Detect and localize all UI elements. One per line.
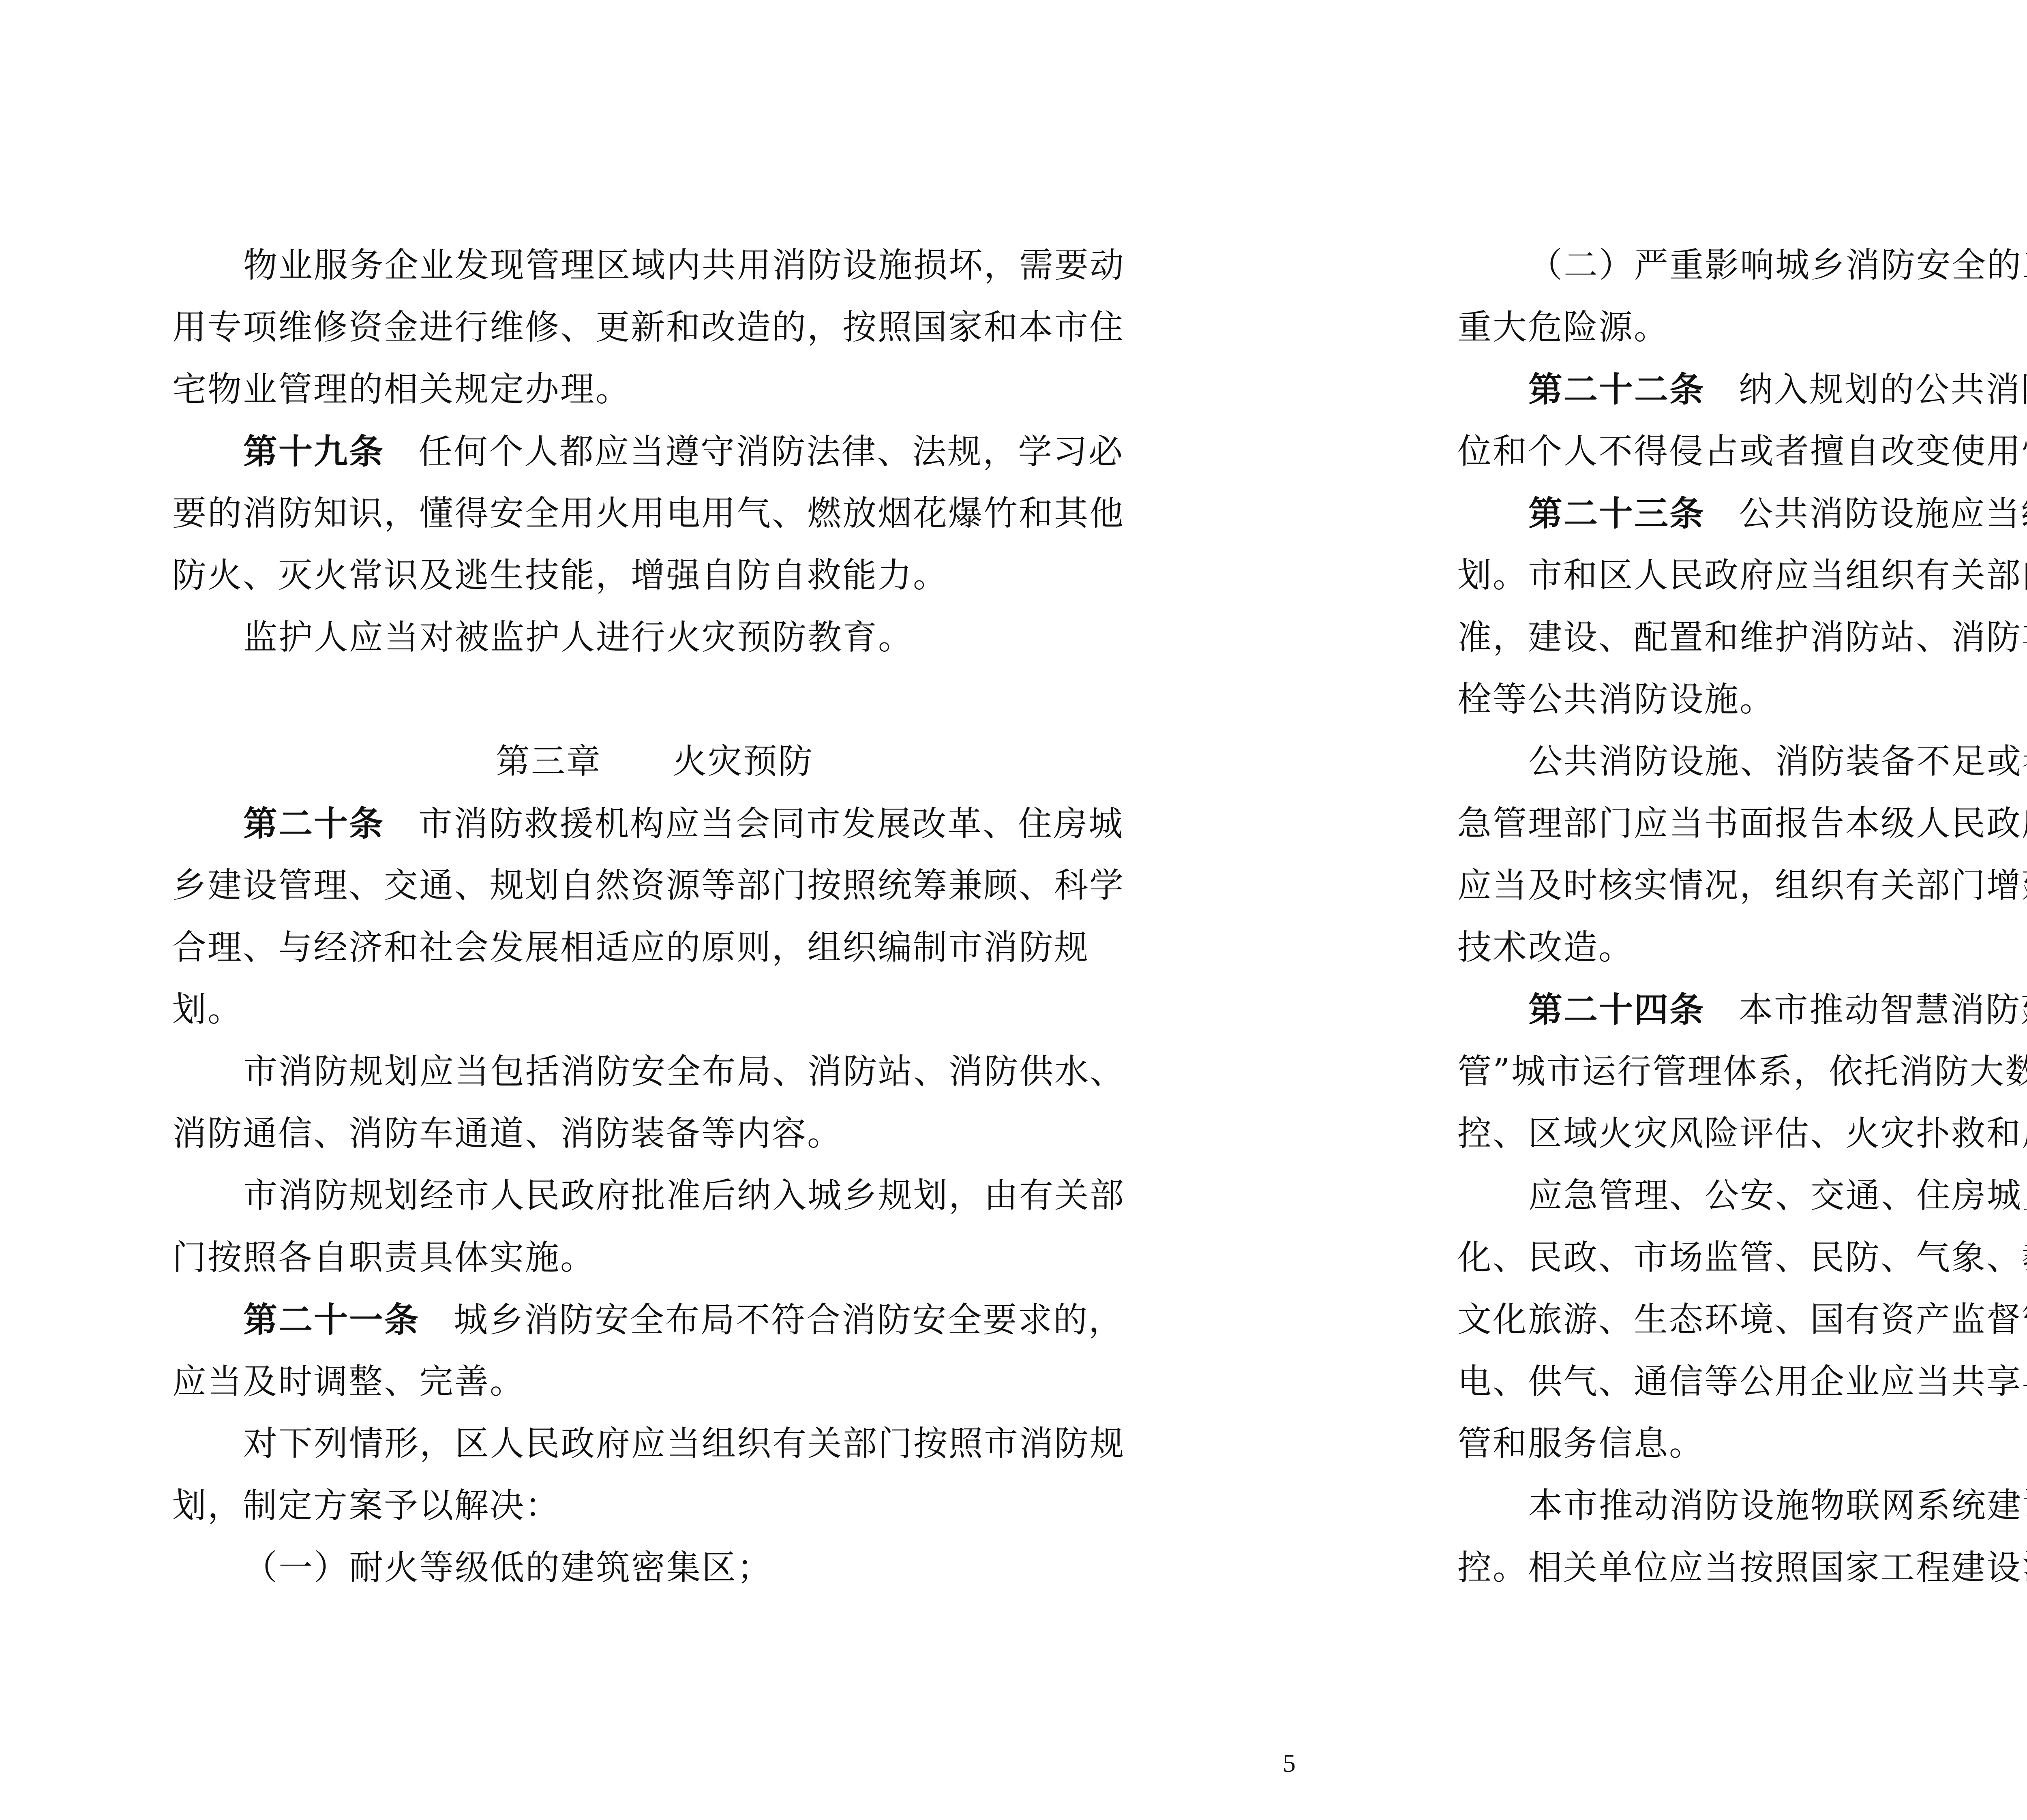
- paragraph-insufficient-facilities: 公共消防设施、消防装备不足或者不适应实际需要的，应 急管理部门应当书面报告本级人…: [1457, 730, 2027, 979]
- article-21: 第二十一条城乡消防安全布局不符合消防安全要求的， 应当及时调整、完善。: [172, 1289, 1137, 1413]
- article-number: 第二十四条: [1528, 989, 1705, 1030]
- text-line: 划，制定方案予以解决：: [172, 1475, 1137, 1537]
- article-number: 第二十二条: [1528, 369, 1705, 409]
- chapter-number: 第三章: [496, 741, 602, 781]
- text-line: 控、区域火灾风险评估、火灾扑救和应急救援提供技术支持。: [1457, 1103, 2027, 1165]
- text-line: 电、供气、通信等公用企业应当共享与消防安全管理相关的监: [1457, 1351, 2027, 1413]
- text-line: 应当及时核实情况，组织有关部门增建、改建、配置或者进行: [1457, 854, 2027, 916]
- article-23: 第二十三条公共消防设施应当纳入市政设施基本建设计 划。市和区人民政府应当组织有关…: [1457, 482, 2027, 730]
- list-item-1: （一）耐火等级低的建筑密集区；: [172, 1537, 1137, 1599]
- blank-line: [172, 668, 1137, 730]
- text-line: 控。相关单位应当按照国家工程建设消防技术标准，配置火灾: [1457, 1537, 2027, 1599]
- text-line: 位和个人不得侵占或者擅自改变使用性质。: [1457, 420, 2027, 482]
- article-number: 第十九条: [243, 431, 384, 471]
- text-line: 市消防规划应当包括消防安全布局、消防站、消防供水、: [172, 1041, 1137, 1103]
- list-item-2: （二）严重影响城乡消防安全的工厂、仓库、码头及其他 重大危险源。: [1457, 234, 2027, 358]
- left-column: 物业服务企业发现管理区域内共用消防设施损坏，需要动 用专项维修资金进行维修、更新…: [172, 234, 1137, 1599]
- text-line: 防火、灭火常识及逃生技能，增强自防自救能力。: [172, 544, 1137, 606]
- article-number: 第二十一条: [243, 1300, 420, 1340]
- text-line: 第二十四条本市推动智慧消防建设，将其纳入“一网统: [1457, 979, 2027, 1041]
- text-line: 监护人应当对被监护人进行火灾预防教育。: [172, 606, 1137, 668]
- text-line: 物业服务企业发现管理区域内共用消防设施损坏，需要动: [172, 234, 1137, 296]
- paragraph-guardian: 监护人应当对被监护人进行火灾预防教育。: [172, 606, 1137, 668]
- article-19: 第十九条任何个人都应当遵守消防法律、法规，学习必 要的消防知识，懂得安全用火用电…: [172, 420, 1137, 606]
- text-line: 门按照各自职责具体实施。: [172, 1227, 1137, 1289]
- text-line: 第二十一条城乡消防安全布局不符合消防安全要求的，: [172, 1289, 1137, 1351]
- article-24: 第二十四条本市推动智慧消防建设，将其纳入“一网统 管”城市运行管理体系，依托消防…: [1457, 979, 2027, 1165]
- chapter-heading: 第三章火灾预防: [172, 730, 1137, 792]
- text-line: 用专项维修资金进行维修、更新和改造的，按照国家和本市住: [172, 296, 1137, 358]
- text-line: 合理、与经济和社会发展相适应的原则，组织编制市消防规: [172, 916, 1137, 979]
- text-line: 管”城市运行管理体系，依托消防大数据应用平台，为火灾防: [1457, 1041, 2027, 1103]
- paragraph-plan-approval: 市消防规划经市人民政府批准后纳入城乡规划，由有关部 门按照各自职责具体实施。: [172, 1165, 1137, 1289]
- article-text: 任何个人都应当遵守消防法律、法规，学习必: [418, 432, 1124, 471]
- text-line: 划。: [172, 979, 1137, 1041]
- text-line: 文化旅游、生态环境、国有资产监督管理等部门以及供水、供: [1457, 1289, 2027, 1351]
- text-line: 划。市和区人民政府应当组织有关部门依照消防规划和技术标: [1457, 544, 2027, 606]
- chapter-title: 火灾预防: [673, 741, 814, 781]
- article-text: 城乡消防安全布局不符合消防安全要求的，: [454, 1300, 1124, 1340]
- text-line: 消防通信、消防车通道、消防装备等内容。: [172, 1103, 1137, 1165]
- paragraph-plan-contents: 市消防规划应当包括消防安全布局、消防站、消防供水、 消防通信、消防车通道、消防装…: [172, 1041, 1137, 1165]
- document-page: 物业服务企业发现管理区域内共用消防设施损坏，需要动 用专项维修资金进行维修、更新…: [0, 0, 2027, 1820]
- paragraph-iot-monitoring: 本市推动消防设施物联网系统建设，加强城市消防远程监 控。相关单位应当按照国家工程…: [1457, 1475, 2027, 1599]
- text-line: 急管理部门应当书面报告本级人民政府。接到报告的人民政府: [1457, 792, 2027, 854]
- paragraph-following-cases: 对下列情形，区人民政府应当组织有关部门按照市消防规 划，制定方案予以解决：: [172, 1413, 1137, 1537]
- article-number: 第二十条: [243, 803, 384, 844]
- text-line: 第二十三条公共消防设施应当纳入市政设施基本建设计: [1457, 482, 2027, 544]
- text-line: 技术改造。: [1457, 916, 2027, 979]
- page-number: 5: [1277, 1743, 1301, 1784]
- text-line: 市消防规划经市人民政府批准后纳入城乡规划，由有关部: [172, 1165, 1137, 1227]
- text-line: 公共消防设施、消防装备不足或者不适应实际需要的，应: [1457, 730, 2027, 792]
- text-line: 宅物业管理的相关规定办理。: [172, 358, 1137, 420]
- text-line: 化、民政、市场监管、民防、气象、教育、卫生健康、商务、: [1457, 1227, 2027, 1289]
- paragraph-information-sharing: 应急管理、公安、交通、住房城乡建设管理、经济信息 化、民政、市场监管、民防、气象…: [1457, 1165, 2027, 1475]
- text-line: 应当及时调整、完善。: [172, 1351, 1137, 1413]
- text-line: 准，建设、配置和维护消防站、消防车通道、消防通信、消火: [1457, 606, 2027, 668]
- text-line: 应急管理、公安、交通、住房城乡建设管理、经济信息: [1457, 1165, 2027, 1227]
- text-line: 第十九条任何个人都应当遵守消防法律、法规，学习必: [172, 420, 1137, 482]
- text-line: 乡建设管理、交通、规划自然资源等部门按照统筹兼顾、科学: [172, 854, 1137, 916]
- article-text: 公共消防设施应当纳入市政设施基本建设计: [1739, 494, 2027, 533]
- right-column: （二）严重影响城乡消防安全的工厂、仓库、码头及其他 重大危险源。 第二十二条纳入…: [1457, 234, 2027, 1599]
- text-line: 要的消防知识，懂得安全用火用电用气、燃放烟花爆竹和其他: [172, 482, 1137, 544]
- article-22: 第二十二条纳入规划的公共消防设施建设用地，任何单 位和个人不得侵占或者擅自改变使…: [1457, 358, 2027, 482]
- text-line: 管和服务信息。: [1457, 1413, 2027, 1475]
- paragraph-property-service: 物业服务企业发现管理区域内共用消防设施损坏，需要动 用专项维修资金进行维修、更新…: [172, 234, 1137, 420]
- article-number: 第二十三条: [1528, 493, 1705, 533]
- text-line: 栓等公共消防设施。: [1457, 668, 2027, 730]
- article-20: 第二十条市消防救援机构应当会同市发展改革、住房城 乡建设管理、交通、规划自然资源…: [172, 792, 1137, 1041]
- text-line: 第二十二条纳入规划的公共消防设施建设用地，任何单: [1457, 358, 2027, 420]
- text-line: 本市推动消防设施物联网系统建设，加强城市消防远程监: [1457, 1475, 2027, 1537]
- text-line: （二）严重影响城乡消防安全的工厂、仓库、码头及其他: [1457, 234, 2027, 296]
- text-line: 第二十条市消防救援机构应当会同市发展改革、住房城: [172, 792, 1137, 854]
- text-line: 对下列情形，区人民政府应当组织有关部门按照市消防规: [172, 1413, 1137, 1475]
- text-line: （一）耐火等级低的建筑密集区；: [172, 1537, 1137, 1599]
- article-text: 本市推动智慧消防建设，将其纳入“一网统: [1739, 990, 2027, 1030]
- article-text: 纳入规划的公共消防设施建设用地，任何单: [1739, 370, 2027, 409]
- text-line: 重大危险源。: [1457, 296, 2027, 358]
- article-text: 市消防救援机构应当会同市发展改革、住房城: [418, 804, 1124, 844]
